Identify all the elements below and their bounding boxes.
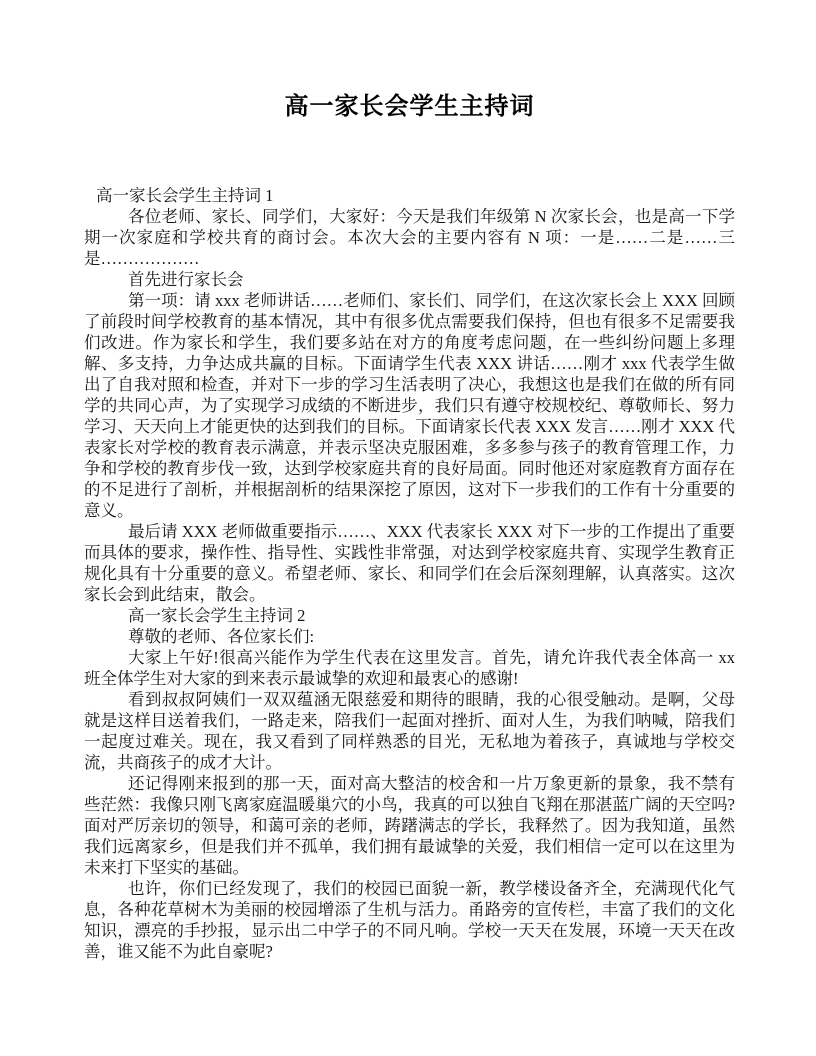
paragraph: 还记得刚来报到的那一天，面对高大整洁的校舍和一片万象更新的景象，我不禁有些茫然：…: [84, 773, 735, 878]
paragraph: 高一家长会学生主持词 1: [84, 185, 735, 206]
paragraph: 尊敬的老师、各位家长们:: [84, 626, 735, 647]
paragraph: 高一家长会学生主持词 2: [84, 605, 735, 626]
paragraph: 也许，你们已经发现了，我们的校园已面貌一新，教学楼设备齐全，充满现代化气息，各种…: [84, 878, 735, 962]
document-title: 高一家长会学生主持词: [84, 92, 735, 122]
document-page: 高一家长会学生主持词 高一家长会学生主持词 1各位老师、家长、同学们，大家好：今…: [0, 0, 816, 1056]
paragraph: 大家上午好!很高兴能作为学生代表在这里发言。首先，请允许我代表全体高一 xx 班…: [84, 647, 735, 689]
paragraph: 看到叔叔阿姨们一双双蕴涵无限慈爱和期待的眼睛，我的心很受触动。是啊，父母就是这样…: [84, 689, 735, 773]
paragraph: 首先进行家长会: [84, 269, 735, 290]
paragraph: 第一项：请 xxx 老师讲话……老师们、家长们、同学们，在这次家长会上 XXX …: [84, 290, 735, 521]
paragraph: 各位老师、家长、同学们，大家好：今天是我们年级第 N 次家长会，也是高一下学期一…: [84, 206, 735, 269]
document-body: 高一家长会学生主持词 1各位老师、家长、同学们，大家好：今天是我们年级第 N 次…: [84, 185, 735, 962]
paragraph: 最后请 XXX 老师做重要指示……、XXX 代表家长 XXX 对下一步的工作提出…: [84, 521, 735, 605]
